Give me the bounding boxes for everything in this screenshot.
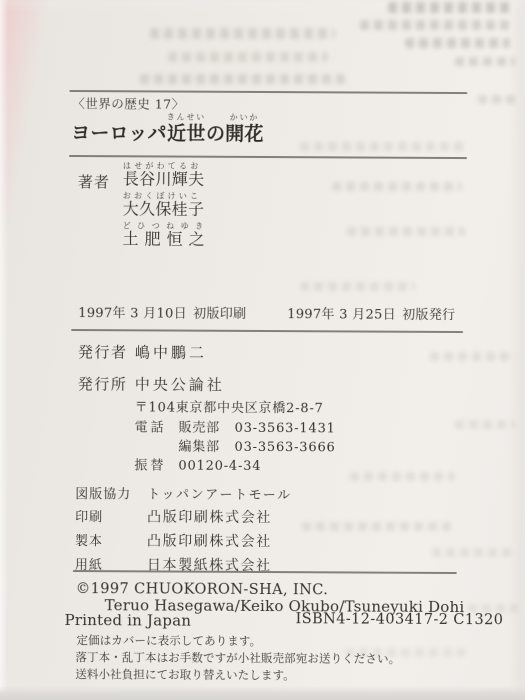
divider-below-title [69,155,467,159]
page-left-edge-highlight [0,0,8,700]
sales-dept-label: 販売部 [179,422,220,435]
author-name: 大久保桂子 [123,201,211,217]
divider-top [69,90,467,94]
page-bottom-edge [0,686,525,700]
author-row: どひつねゆき 土肥恒之 [123,222,211,247]
publisher-company-name: 中央公論社 [135,377,225,392]
defective-copy-note: 落丁本・乱丁本はお手数ですが小社販売部宛お送りください。 [75,652,400,665]
publisher-company-label: 発行所 [78,377,128,392]
title-text: の [206,125,225,144]
sales-phone-number: 03-3563-1431 [235,422,336,436]
authors-label: 著者 [78,175,110,190]
book-title: ヨーロッパ きんせい 近世 の かいか 開花 [71,113,264,144]
title-text: 近世 [167,124,206,143]
book-colophon-page-photo: 〈世界の歴史 17〉 ヨーロッパ きんせい 近世 の かいか 開花 著者 [0,0,525,700]
editorial-dept-label: 編集部 [178,441,219,454]
title-text: 開花 [225,125,264,144]
first-print-date: 1997年 3 月10日 [78,307,187,321]
series-label: 〈世界の歴史 17〉 [72,98,184,111]
printer-label: 印刷 [75,511,103,524]
postage-note: 送料小社負担にてお取り替えいたします。 [75,669,295,682]
postal-transfer-number: 00120-4-34 [178,460,261,473]
title-segment: きんせい 近世 [167,113,206,143]
printed-in-japan: Printed in Japan [65,613,192,629]
author-name: 長谷川輝夫 [123,171,211,187]
author-row: おおくぼけいこ 大久保桂子 [123,192,211,217]
author-name: 土肥恒之 [123,231,211,247]
price-note: 定価はカバーに表示してあります。 [76,635,261,647]
postal-transfer-label: 振替 [134,459,166,472]
first-issue-label: 初版発行 [402,309,455,322]
publisher-person-label: 発行者 [78,345,128,360]
author-row: はせがわてるお 長谷川輝夫 [123,162,211,187]
editorial-phone-number: 03-3563-3666 [234,441,335,455]
phone-label: 電話 [135,421,167,434]
divider-below-dates [71,329,463,333]
illustration-credit-label: 図版協力 [75,488,131,501]
title-segment: かいか 開花 [225,114,264,144]
printer-value: 凸版印刷株式会社 [147,510,272,525]
binder-label: 製本 [75,535,103,548]
first-issue-date: 1997年 3 月25日 [287,308,396,322]
postal-code: 〒104 [135,401,176,414]
illustration-credit-value: トッパンアートモール [147,488,292,502]
authors-list: はせがわてるお 長谷川輝夫 おおくぼけいこ 大久保桂子 どひつねゆき 土肥恒之 [123,162,211,252]
publisher-person-name: 嶋中鵬二 [135,345,207,360]
title-text: ヨーロッパ [71,124,167,144]
colophon-content: 〈世界の歴史 17〉 ヨーロッパ きんせい 近世 の かいか 開花 著者 [0,0,525,700]
title-segment: ヨーロッパ [71,113,167,144]
binder-value: 凸版印刷株式会社 [147,534,272,549]
paper-supplier-label: 用紙 [75,559,103,572]
publisher-address: 東京都中央区京橋2-8-7 [176,402,324,416]
first-print-label: 初版印刷 [193,308,246,321]
title-segment: の [206,114,225,144]
paper-supplier-value: 日本製紙株式会社 [147,558,272,573]
isbn-number: ISBN4-12-403417-2 C1320 [296,612,504,628]
